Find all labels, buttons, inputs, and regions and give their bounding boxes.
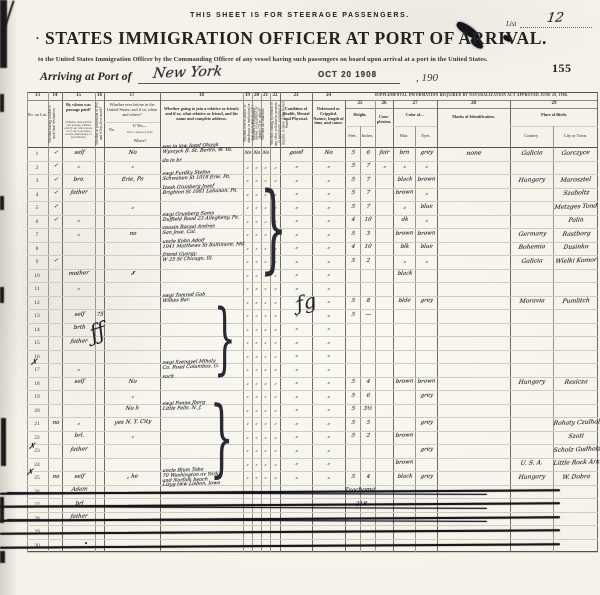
ditto-mark: „ bbox=[246, 246, 249, 251]
ditto-mark-cell: „ bbox=[243, 300, 252, 306]
ditto-mark: „ bbox=[246, 462, 249, 467]
handwritten-entry: „ bbox=[327, 434, 331, 440]
binding-ink-mark bbox=[0, 0, 7, 68]
arriving-at-port-label: Arriving at Port of bbox=[40, 69, 132, 84]
handwritten-cell: „ bbox=[104, 164, 160, 170]
ditto-mark-cell: „ bbox=[270, 381, 280, 387]
ditto-mark: „ bbox=[264, 300, 267, 305]
handwritten-entry: No bbox=[128, 380, 137, 386]
handwritten-cell: blue bbox=[415, 205, 437, 211]
handwritten-cell: „ bbox=[312, 407, 345, 413]
handwritten-cell: Hungary bbox=[510, 380, 553, 387]
handwritten-entry: „ bbox=[403, 258, 407, 264]
ditto-mark-cell: „ bbox=[261, 394, 270, 400]
ditto-mark: „ bbox=[274, 165, 277, 170]
handwritten-entry: 2 bbox=[366, 258, 370, 264]
ditto-mark: „ bbox=[255, 260, 258, 265]
ditto-mark: „ bbox=[274, 435, 277, 440]
handwritten-entry: No bbox=[128, 150, 137, 156]
handwritten-cell: „ bbox=[62, 421, 95, 427]
sub-label: Hair. bbox=[393, 134, 415, 139]
handwritten-entry: Bohemia bbox=[518, 244, 546, 251]
row-number: 6 bbox=[27, 219, 47, 225]
handwritten-entry: „ bbox=[295, 191, 299, 197]
handwritten-entry: self bbox=[74, 380, 85, 386]
ditto-mark-cell: „ bbox=[270, 448, 280, 454]
handwritten-cell: blue bbox=[415, 245, 437, 251]
ditto-mark-cell: „ bbox=[261, 421, 270, 427]
column-label: Whether an Anarchist. bbox=[262, 101, 269, 146]
handwritten-entry: 6 bbox=[366, 393, 370, 399]
year-printed: , 190 bbox=[416, 72, 438, 84]
handwritten-entry: „ bbox=[131, 393, 135, 399]
handwritten-cell: „ bbox=[62, 286, 95, 292]
handwritten-cell: „ bbox=[312, 434, 345, 440]
handwritten-entry: Gorczyce bbox=[561, 150, 590, 157]
handwritten-cell: „ bbox=[312, 475, 345, 481]
ditto-mark-cell: „ bbox=[243, 313, 252, 319]
handwritten-entry: 3 bbox=[366, 231, 370, 237]
handwritten-entry: black bbox=[397, 271, 413, 277]
row-number: 7 bbox=[27, 232, 47, 238]
handwritten-entry: „ bbox=[403, 164, 407, 170]
handwritten-entry: 5 bbox=[351, 474, 355, 480]
column-label: Marks of Identification. bbox=[438, 115, 509, 120]
handwritten-entry: 5 bbox=[351, 380, 355, 386]
column-label: Whether coming by reason of any offer, s… bbox=[271, 101, 279, 146]
column-label: Place of Birth. bbox=[510, 113, 598, 118]
row-rule bbox=[27, 525, 598, 526]
column-number: 25 bbox=[345, 101, 375, 107]
handwritten-cell: ✓ bbox=[48, 178, 62, 184]
binding-ink-mark bbox=[0, 551, 5, 563]
handwritten-cell: 10 bbox=[360, 245, 375, 251]
ditto-mark: „ bbox=[255, 300, 258, 305]
ditto-mark-cell: „ bbox=[243, 448, 252, 454]
handwritten-entry: 5 bbox=[351, 258, 355, 264]
handwritten-cell: „ bbox=[62, 218, 95, 224]
handwritten-entry: ✓ bbox=[53, 164, 58, 170]
handwritten-entry: „ bbox=[327, 353, 331, 359]
ditto-mark: „ bbox=[246, 179, 249, 184]
ditto-mark-cell: „ bbox=[270, 354, 280, 360]
ditto-mark: „ bbox=[264, 395, 267, 400]
handwritten-entry: blue bbox=[420, 204, 433, 210]
handwritten-cell: blde bbox=[393, 299, 415, 305]
handwritten-entry: 5 bbox=[366, 420, 370, 426]
ditto-mark-cell: „ bbox=[252, 313, 261, 319]
handwritten-cell: „ bbox=[312, 461, 345, 467]
row-number: 20 bbox=[27, 408, 47, 414]
handwritten-cell: „ bbox=[312, 178, 345, 184]
handwritten-entry: „ bbox=[327, 177, 331, 183]
handwritten-entry: „ bbox=[425, 218, 429, 224]
steerage-banner: THIS SHEET IS FOR STEERAGE PASSENGERS. bbox=[0, 12, 600, 19]
handwritten-entry: ✓ bbox=[53, 150, 58, 156]
column-number: 28 bbox=[437, 101, 510, 107]
column-label: Color of— bbox=[393, 113, 437, 118]
ditto-mark-cell: „ bbox=[252, 327, 261, 333]
handwritten-cell: „ bbox=[280, 434, 312, 440]
handwritten-entry: „ bbox=[77, 231, 81, 237]
sub-label: If Yes— bbox=[120, 124, 160, 129]
handwritten-entry: self bbox=[74, 150, 85, 156]
handwritten-cell: Resicza bbox=[553, 380, 598, 387]
column-number: 21 bbox=[261, 93, 270, 99]
handwritten-cell: „ bbox=[62, 164, 95, 170]
handwritten-cell: ✓ bbox=[48, 164, 62, 170]
handwritten-entry: „ bbox=[77, 218, 81, 224]
handwritten-cell: Little Rock Ark bbox=[553, 461, 598, 468]
row-rule bbox=[27, 552, 598, 553]
handwritten-cell: „ bbox=[280, 340, 312, 346]
row-number: 2 bbox=[27, 165, 47, 171]
row-number: 10 bbox=[27, 273, 47, 279]
handwritten-entry: ✓ bbox=[53, 218, 58, 224]
handwritten-cell: Wielki Komor bbox=[553, 259, 598, 266]
handwritten-cell: „ bbox=[415, 191, 437, 197]
ditto-mark-cell: „ bbox=[270, 421, 280, 427]
row-number: 1 bbox=[27, 151, 47, 157]
handwritten-cell: 5 bbox=[345, 380, 360, 386]
handwritten-entry: „ bbox=[327, 218, 331, 224]
ditto-mark: „ bbox=[255, 476, 258, 481]
list-label: List bbox=[506, 20, 517, 28]
ditto-mark-cell: „ bbox=[252, 300, 261, 306]
handwritten-address-line: W 25 St Chicago, Ill. bbox=[162, 257, 213, 264]
handwritten-entry: „ bbox=[295, 447, 299, 453]
ditto-mark-cell: „ bbox=[270, 367, 280, 373]
handwritten-cell: „ bbox=[280, 448, 312, 454]
ditto-mark: „ bbox=[255, 287, 258, 292]
handwritten-entry: „ bbox=[295, 164, 299, 170]
ditto-mark: „ bbox=[264, 422, 267, 427]
handwritten-cell: Rastborg bbox=[553, 232, 598, 239]
handwritten-cell: brown bbox=[393, 232, 415, 238]
ditto-mark-cell: „ bbox=[261, 300, 270, 306]
handwritten-cell: „ bbox=[312, 394, 345, 400]
handwritten-cell: dk bbox=[393, 218, 415, 224]
sub-rule bbox=[104, 122, 160, 123]
handwritten-cell: 5 bbox=[360, 421, 375, 427]
handwritten-entry: Hungary bbox=[518, 177, 546, 184]
handwritten-cell: black bbox=[393, 178, 415, 184]
handwritten-entry: „ bbox=[131, 434, 135, 440]
handwritten-cell: „ bbox=[312, 245, 345, 251]
handwritten-cell: „ bbox=[280, 407, 312, 413]
column-label: Whether a Polygamist. bbox=[253, 101, 260, 146]
handwritten-cell: 10 bbox=[360, 218, 375, 224]
handwritten-cell: bro. bbox=[62, 178, 95, 184]
printers-mark: • bbox=[36, 34, 39, 43]
ditto-mark-cell: „ bbox=[261, 340, 270, 346]
handwritten-entry: 10 bbox=[364, 245, 372, 251]
handwritten-cell: Erie, Pa bbox=[104, 178, 160, 184]
handwritten-cell: Germany bbox=[510, 232, 553, 239]
handwritten-cell: „ bbox=[312, 326, 345, 332]
ditto-mark: „ bbox=[246, 408, 249, 413]
row-rule bbox=[27, 458, 598, 459]
sub-label: Eyes. bbox=[415, 134, 437, 139]
handwritten-entry: 7 bbox=[366, 204, 370, 210]
handwritten-cell: „ bbox=[312, 191, 345, 197]
handwritten-cell: „ bbox=[312, 367, 345, 373]
row-rule bbox=[27, 188, 598, 189]
ditto-mark: „ bbox=[246, 314, 249, 319]
pen-check-mark: ✗ bbox=[28, 442, 36, 452]
column-label: No. on List. bbox=[27, 113, 48, 118]
handwritten-address-line: Wilkes Bar. bbox=[162, 299, 190, 305]
row-rule bbox=[27, 498, 598, 499]
handwritten-entry: brn bbox=[399, 150, 410, 156]
handwritten-address-line: Duffield Road 23 Allegheny, Pa. bbox=[162, 216, 240, 223]
handwritten-entry: 5 bbox=[351, 299, 355, 305]
handwritten-entry: 4 bbox=[366, 380, 370, 386]
ditto-mark: „ bbox=[246, 381, 249, 386]
handwritten-entry: brown bbox=[417, 177, 436, 183]
handwritten-entry: 5 bbox=[351, 231, 355, 237]
handwritten-entry: No h bbox=[125, 407, 139, 413]
column-number: 18 bbox=[160, 93, 243, 99]
column-number: 13 bbox=[27, 93, 48, 99]
handwritten-entry: „ bbox=[327, 272, 331, 278]
column-label: Whether ever before in the United States… bbox=[106, 103, 158, 117]
handwritten-cell: „ bbox=[312, 353, 345, 359]
ditto-mark-cell: „ bbox=[261, 354, 270, 360]
handwritten-entry: No bbox=[324, 150, 333, 156]
handwritten-entry: 5 bbox=[351, 204, 355, 210]
handwritten-entry: blk bbox=[400, 245, 409, 251]
handwritten-entry: father bbox=[70, 190, 88, 196]
handwritten-entry: Little Rock Ark bbox=[553, 459, 600, 467]
handwritten-entry: „ bbox=[295, 420, 299, 426]
handwritten-entry: „ bbox=[327, 285, 331, 291]
handwritten-cell: 6 bbox=[360, 151, 375, 157]
row-number: 5 bbox=[27, 205, 47, 211]
handwritten-entry: ✓ bbox=[53, 177, 58, 183]
handwritten-cell: 5 bbox=[345, 421, 360, 427]
handwritten-cell: brn bbox=[393, 151, 415, 157]
row-number: 19 bbox=[27, 394, 47, 400]
handwritten-entry: Pumlitch bbox=[562, 298, 590, 305]
column-label: Com- plexion. bbox=[376, 115, 392, 125]
handwritten-entry: U. S. A. bbox=[520, 460, 543, 467]
ditto-mark: „ bbox=[255, 449, 258, 454]
handwritten-entry: — bbox=[365, 312, 371, 318]
handwritten-entry: 7 bbox=[366, 191, 370, 197]
handwritten-cell: brown bbox=[415, 380, 437, 386]
ditto-mark-cell: „ bbox=[261, 165, 270, 171]
handwritten-entry: 7 bbox=[366, 177, 370, 183]
row-number: 8 bbox=[27, 246, 47, 252]
row-rule bbox=[27, 404, 598, 405]
ditto-mark: „ bbox=[246, 327, 249, 332]
ditto-mark-cell: „ bbox=[261, 286, 270, 292]
handwritten-entry: „ bbox=[327, 191, 331, 197]
handwritten-cell: Szaboltz bbox=[553, 191, 598, 198]
ditto-mark: „ bbox=[274, 300, 277, 305]
ditto-mark-cell: „ bbox=[243, 408, 252, 414]
row-rule bbox=[27, 336, 598, 337]
ditto-mark-cell: „ bbox=[243, 232, 252, 238]
handwritten-entry: „ bbox=[295, 258, 299, 264]
handwritten-cell: self bbox=[62, 151, 95, 157]
ditto-mark-cell: „ bbox=[261, 367, 270, 373]
handwritten-entry: „ bbox=[327, 245, 331, 251]
handwritten-entry: good bbox=[289, 150, 304, 156]
handwritten-entry: brown bbox=[395, 433, 414, 439]
brace-mark: } bbox=[214, 300, 236, 378]
ditto-mark-cell: „ bbox=[252, 462, 261, 468]
sub-label: Feet. bbox=[345, 134, 360, 139]
handwritten-cell: No bbox=[104, 151, 160, 157]
row-rule bbox=[27, 215, 598, 216]
handwritten-cell: „ bbox=[312, 340, 345, 346]
supplemental-banner: SUPPLEMENTAL INFORMATION REQUIRED BY NAT… bbox=[345, 93, 598, 97]
handwritten-cell: „ bbox=[415, 259, 437, 265]
handwritten-cell: yes N. Y. City bbox=[104, 421, 160, 427]
ditto-mark: „ bbox=[255, 368, 258, 373]
handwritten-entry: Hungary bbox=[518, 474, 546, 481]
row-rule bbox=[27, 417, 598, 418]
handwritten-entry: 5 bbox=[351, 420, 355, 426]
handwritten-cell: „ bbox=[104, 205, 160, 211]
handwritten-entry: „ bbox=[295, 204, 299, 210]
ditto-mark: „ bbox=[246, 219, 249, 224]
binding-ink-mark bbox=[0, 94, 4, 112]
handwritten-cell: Marosztel bbox=[553, 178, 598, 185]
handwritten-entry: ✓ bbox=[53, 204, 58, 210]
ditto-mark: „ bbox=[246, 435, 249, 440]
ditto-mark-cell: „ bbox=[252, 475, 261, 481]
ditto-mark-cell: „ bbox=[243, 354, 252, 360]
handwritten-entry: Wielki Komor bbox=[555, 257, 597, 264]
handwritten-cell: „ bbox=[393, 205, 415, 211]
column-number: 16 bbox=[95, 93, 104, 99]
handwritten-cell: no bbox=[104, 232, 160, 238]
handwritten-cell: father bbox=[62, 448, 95, 454]
handwritten-entry: Galicia bbox=[521, 258, 543, 265]
handwritten-cell: mother bbox=[62, 272, 95, 278]
ditto-mark: „ bbox=[274, 476, 277, 481]
row-number: 15 bbox=[27, 340, 47, 346]
handwritten-cell: no bbox=[48, 421, 62, 427]
page-subtitle: to the United States Immigration Officer… bbox=[38, 56, 488, 63]
handwritten-entry: „ he bbox=[126, 474, 138, 480]
ditto-mark: „ bbox=[264, 449, 267, 454]
handwritten-entry: dk bbox=[401, 218, 409, 224]
handwritten-cell: 2 bbox=[360, 259, 375, 265]
ditto-mark: „ bbox=[255, 381, 258, 386]
ditto-mark-cell: „ bbox=[243, 421, 252, 427]
ditto-mark: „ bbox=[264, 341, 267, 346]
ditto-mark: „ bbox=[264, 381, 267, 386]
ditto-mark-cell: „ bbox=[261, 462, 270, 468]
handwritten-cell: 2 bbox=[360, 434, 375, 440]
ditto-mark: „ bbox=[255, 422, 258, 427]
ditto-mark: „ bbox=[246, 300, 249, 305]
ditto-mark-cell: „ bbox=[252, 408, 261, 414]
handwritten-entry: „ bbox=[327, 447, 331, 453]
handwritten-entry: grey bbox=[420, 474, 433, 480]
ditto-mark-cell: „ bbox=[261, 448, 270, 454]
row-rule bbox=[27, 228, 598, 229]
ditto-mark: „ bbox=[246, 206, 249, 211]
ditto-mark: „ bbox=[255, 179, 258, 184]
handwritten-entry: bro. bbox=[73, 177, 85, 183]
handwritten-entry: father bbox=[70, 339, 88, 345]
handwritten-entry: „ bbox=[295, 407, 299, 413]
handwritten-cell: 5 bbox=[345, 394, 360, 400]
row-number: 18 bbox=[27, 381, 47, 387]
sub-rule bbox=[510, 126, 598, 127]
handwritten-cell: „ bbox=[312, 218, 345, 224]
handwritten-entry: mother bbox=[68, 271, 89, 277]
handwritten-entry: 4 bbox=[351, 245, 355, 251]
ditto-mark-cell: „ bbox=[270, 462, 280, 468]
handwritten-cell: 4 bbox=[345, 245, 360, 251]
handwritten-entry: 10 bbox=[364, 218, 372, 224]
handwritten-entry: „ bbox=[295, 285, 299, 291]
ditto-mark: „ bbox=[264, 165, 267, 170]
row-rule bbox=[27, 431, 598, 432]
column-label: Whether in possession of $50, and if les… bbox=[96, 101, 103, 146]
row-number: 14 bbox=[27, 327, 47, 333]
handwritten-address-line: 1041 Matthews St Baltimore, Md. bbox=[162, 243, 246, 251]
row-rule bbox=[27, 512, 598, 513]
handwritten-cell: 5 bbox=[345, 205, 360, 211]
handwritten-cell: 4 bbox=[360, 475, 375, 481]
ditto-mark: „ bbox=[264, 435, 267, 440]
handwritten-entry: „ bbox=[295, 461, 299, 467]
ditto-mark-cell: „ bbox=[243, 462, 252, 468]
handwritten-cell: „ bbox=[104, 394, 160, 400]
handwritten-entry: „ bbox=[327, 326, 331, 332]
handwritten-cell: ✓ bbox=[48, 218, 62, 224]
handwritten-entry: „ bbox=[295, 177, 299, 183]
handwritten-entry: black bbox=[397, 177, 413, 183]
column-number: 23 bbox=[280, 93, 312, 99]
handwritten-entry: Palin bbox=[568, 217, 584, 224]
handwritten-entry: 5 bbox=[351, 164, 355, 170]
ditto-mark-cell: „ bbox=[243, 435, 252, 441]
ditto-mark-cell: „ bbox=[243, 178, 252, 184]
column-label: By whom was passage paid? bbox=[63, 103, 94, 113]
handwritten-entry: 6 bbox=[366, 150, 370, 156]
handwritten-cell: grey bbox=[415, 475, 437, 481]
handwritten-entry: „ bbox=[77, 366, 81, 372]
handwritten-entry: grey bbox=[420, 447, 433, 453]
handwritten-cell: „ bbox=[415, 218, 437, 224]
handwritten-cell: 5 bbox=[345, 299, 360, 305]
handwritten-cell: grey bbox=[415, 421, 437, 427]
handwritten-entry: „ bbox=[327, 366, 331, 372]
ditto-mark-cell: „ bbox=[243, 192, 252, 198]
ditto-mark: „ bbox=[246, 273, 249, 278]
handwritten-entry: 5 bbox=[351, 191, 355, 197]
handwritten-entry: „ bbox=[327, 258, 331, 264]
ditto-mark: „ bbox=[274, 368, 277, 373]
ditto-mark: „ bbox=[274, 381, 277, 386]
handwritten-entry: 8 bbox=[366, 299, 370, 305]
handwritten-cell: self bbox=[62, 380, 95, 386]
handwritten-entry: brown bbox=[395, 379, 414, 385]
handwritten-cell: „ bbox=[312, 164, 345, 170]
handwritten-entry: Resicza bbox=[564, 379, 588, 386]
column-number: 29 bbox=[510, 101, 598, 107]
page-number: 155 bbox=[552, 61, 572, 76]
row-rule bbox=[27, 174, 598, 175]
